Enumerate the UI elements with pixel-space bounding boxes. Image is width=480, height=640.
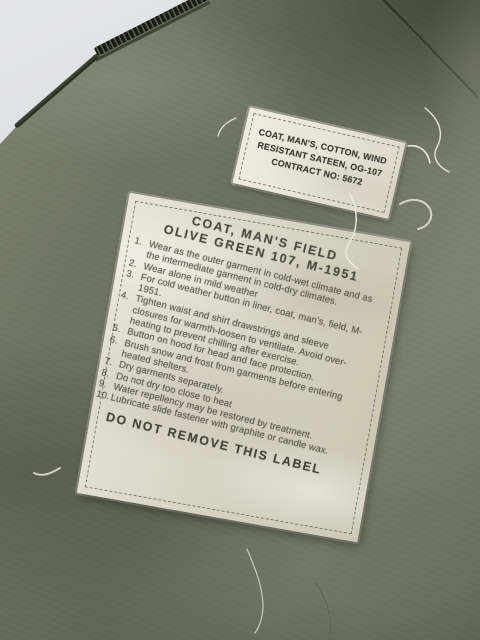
photo-canvas: COAT, MAN'S FIELD OLIVE GREEN 107, M-195… (0, 0, 480, 640)
care-label: COAT, MAN'S FIELD OLIVE GREEN 107, M-195… (77, 193, 411, 543)
care-label-content: COAT, MAN'S FIELD OLIVE GREEN 107, M-195… (77, 201, 389, 538)
